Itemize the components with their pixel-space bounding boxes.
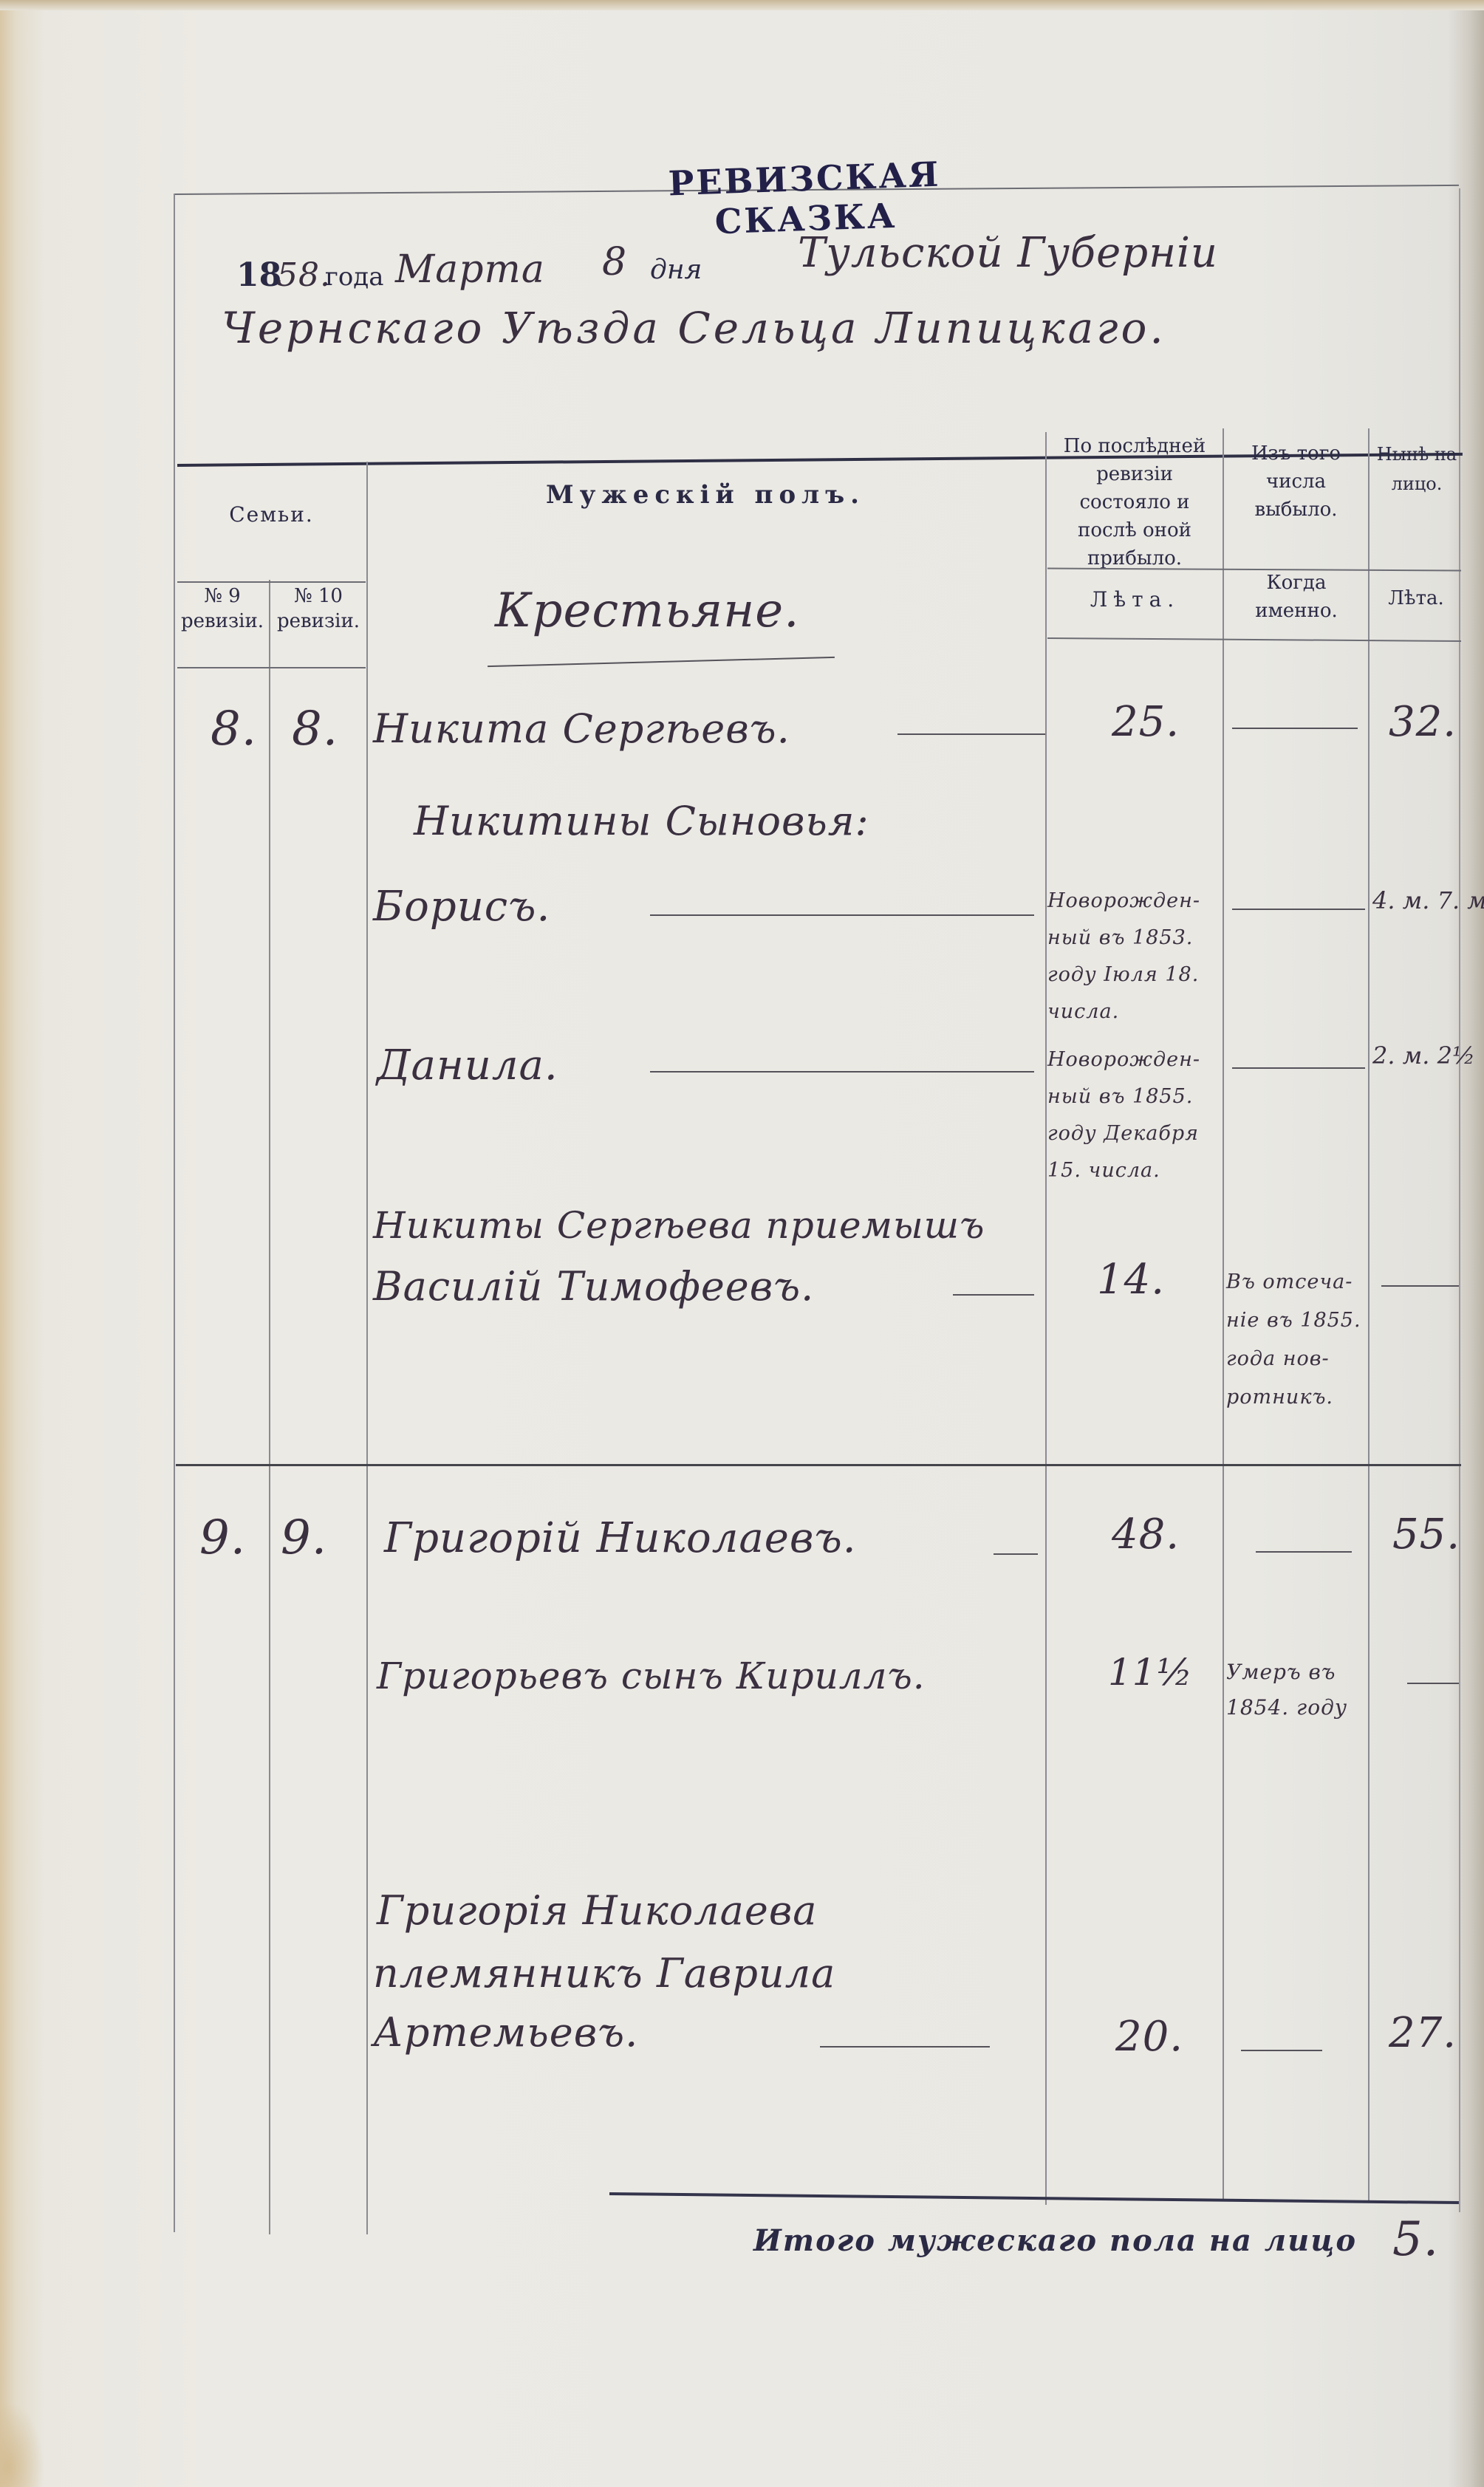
entry-leader [953,1294,1034,1296]
header-when: Когда именно. [1226,569,1367,625]
entry-leader [820,2046,990,2048]
entry-age-last: 11½ [1108,1651,1193,1694]
entry-name: Григорій Николаевъ. [384,1514,857,1562]
day-field: 8 [602,240,627,284]
entry-age-now: 2. м. 2½ [1372,1041,1475,1070]
goda-label: года [325,262,384,292]
col-divider-lastrev-departed [1223,428,1224,2201]
entry-name: Григорія Николаева [377,1887,817,1934]
entry-age-now: 32. [1389,698,1457,746]
entry-age-last: 20. [1115,2013,1183,2061]
entry-name: Данила. [377,1041,558,1089]
entry-age-now: 27. [1389,2009,1457,2057]
entry-leader [1407,1683,1459,1684]
entry-leader [1232,728,1358,729]
entry-leader [1232,909,1365,910]
entry-leader [1232,1067,1365,1069]
col-divider-no9-no10 [269,580,270,2234]
col-divider-departed-present [1368,428,1370,2201]
header-present: Нынѣ на лицо. [1372,439,1461,499]
entry-name: Борисъ. [373,883,550,931]
province-field: Тульской Губерніи [798,229,1218,277]
entry-leader [1381,1285,1459,1287]
entry-name: Никитины Сыновья: [414,798,869,844]
subheader-bottom-rule-families [177,667,366,668]
entry-age-now: 4. м. 7. м. [1372,886,1484,914]
entry-leader [1256,1551,1352,1553]
entry-name: Григорьевъ сынъ Кириллъ. [377,1655,926,1697]
entry-departed: Въ отсеча-ніе въ 1855. года нов-ротникъ. [1226,1263,1363,1417]
entry-leader [650,1071,1034,1073]
entry-name: Василій Тимофеевъ. [373,1263,814,1310]
header-families: Семьи. [177,502,366,527]
header-age: Лѣта. [1049,587,1221,612]
frame-left-line [174,194,175,2232]
family-no9: 8. [211,702,257,756]
entry-age-last: Новорожден-ный въ 1853. году Іюля 18. чи… [1047,883,1217,1030]
header-no10: № 10 ревизіи. [272,584,365,634]
entry-age-last: 25. [1112,698,1180,746]
entry-age-now: 55. [1392,1511,1460,1559]
family-separator [176,1464,1461,1466]
page-top-edge [0,0,1484,10]
family-no10: 8. [292,702,338,756]
header-age-now: Лѣта. [1372,587,1460,609]
family-no10: 9. [281,1511,327,1565]
col-divider-families-name [366,462,368,2234]
year-printed: 18 [236,256,281,294]
estate-class-label: Крестьяне. [495,584,800,638]
month-field: Марта [395,247,545,292]
total-line: Итого мужескаго пола на лицо 5. [753,2216,1455,2275]
total-value: 5. [1392,2212,1439,2267]
header-no9: № 9 ревизіи. [177,584,267,634]
location-line: Чернскаго Уѣзда Сельца Липицкаго. [222,303,1166,353]
entry-departed: Умеръ въ 1854. году [1226,1655,1367,1725]
date-line: 18 58. года Марта 8 дня Тульской Губерні… [236,247,1433,307]
entry-name: племянникъ Гаврила [373,1950,835,1997]
total-label: Итого мужескаго пола на лицо [753,2223,1357,2258]
entry-leader [897,733,1045,735]
entry-name: Никиты Сергѣева приемышъ [373,1204,985,1247]
year-handwritten: 58. [277,256,331,294]
entry-age-last: 14. [1097,1256,1165,1304]
header-last-revision: По послѣдней ревизіи состояло и послѣ он… [1050,432,1219,572]
col-divider-name-lastrev [1045,432,1047,2205]
entry-leader [1241,2050,1322,2051]
entry-name: Артемьевъ. [373,2009,638,2056]
entry-age-last: Новорожден-ный въ 1855. году Декабря 15.… [1047,1041,1217,1189]
entry-leader [650,914,1034,916]
entry-name: Никита Сергѣевъ. [373,705,790,752]
entry-leader [994,1553,1038,1555]
header-departed: Изъ того числа выбыло. [1228,439,1364,524]
header-male-sex: Мужескій полъ. [369,480,1042,510]
entry-age-last: 48. [1112,1511,1180,1559]
dnya-label: дня [650,255,702,285]
paper-stain [0,2401,44,2487]
family-no9: 9. [199,1511,246,1565]
subheader-rule-families [177,581,366,583]
